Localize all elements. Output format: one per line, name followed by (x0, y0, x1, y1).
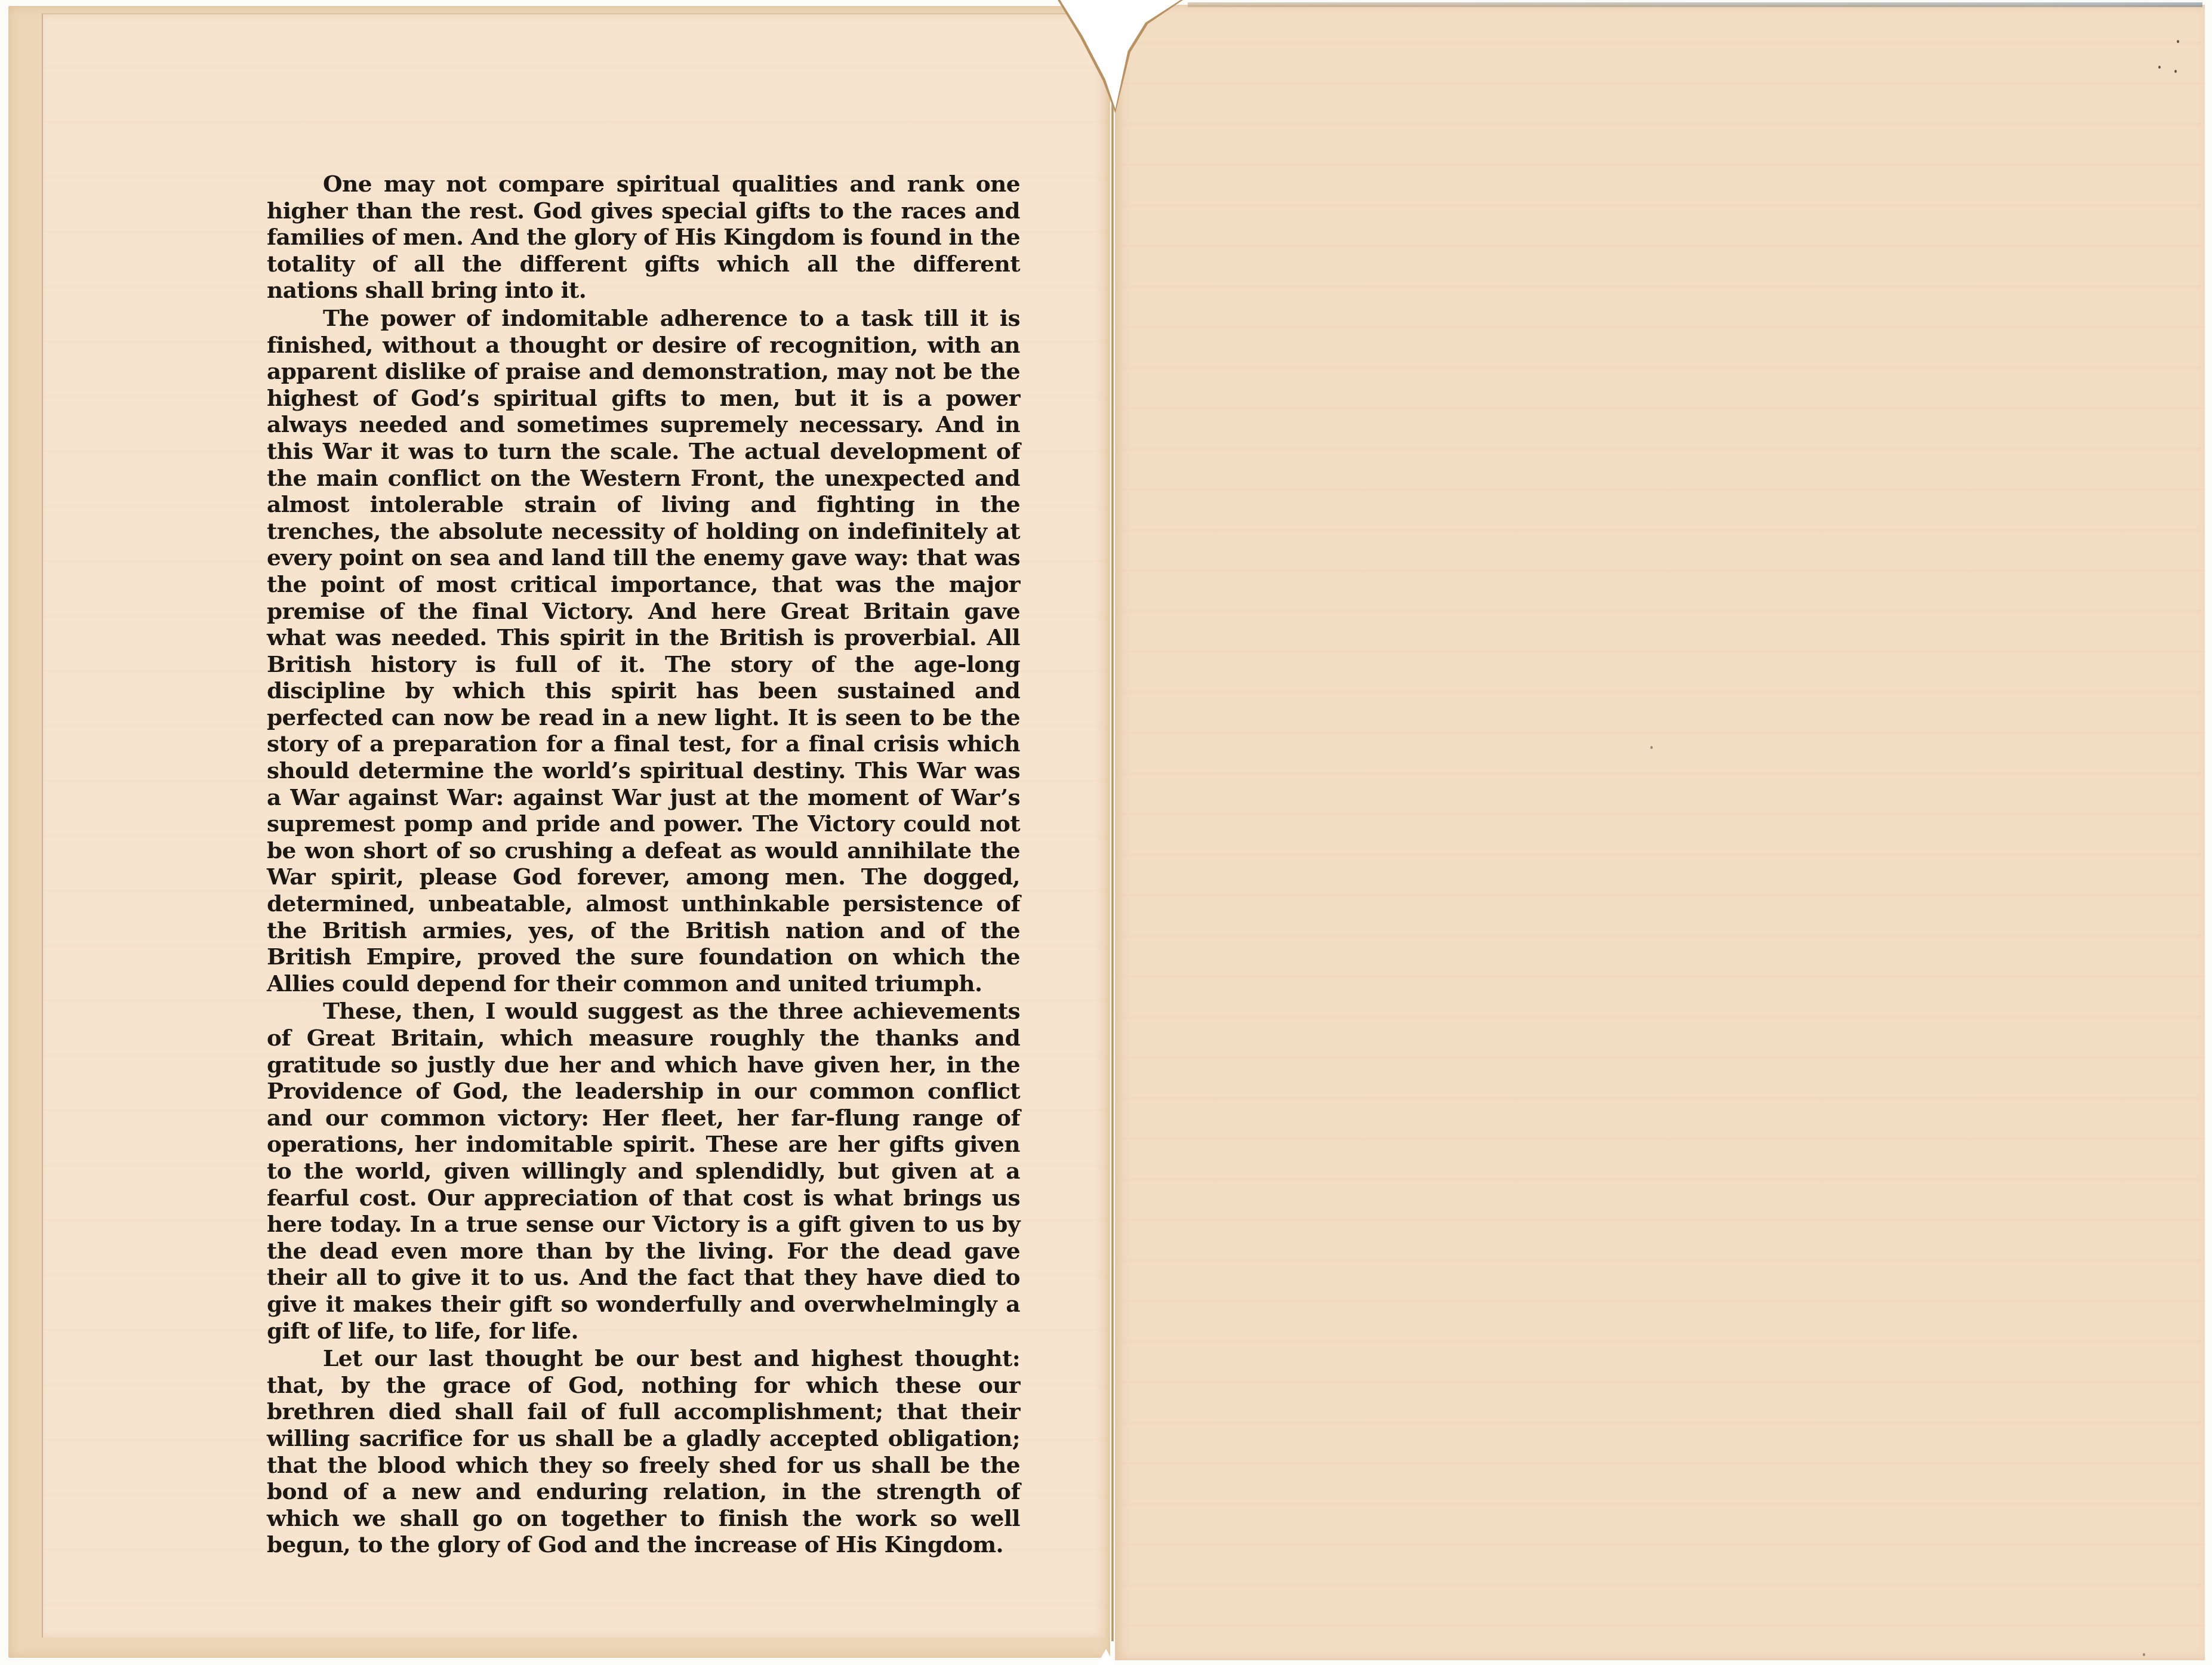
right-page (1115, 5, 2205, 1660)
paper-speck (2143, 1653, 2145, 1656)
right-page-top-edge (1188, 2, 2202, 7)
paper-speck (2174, 70, 2177, 73)
paper-speck (2158, 66, 2161, 69)
paragraph-4: Let our last thought be our best and hig… (267, 1345, 1020, 1558)
book-spine (1111, 101, 1114, 1641)
left-page-text-block: One may not compare spiritual qualities … (267, 171, 1020, 1559)
paper-speck (2177, 40, 2179, 43)
paragraph-1: One may not compare spiritual qualities … (267, 171, 1020, 304)
paper-speck (1650, 746, 1653, 749)
paragraph-2: The power of indomitable adherence to a … (267, 305, 1020, 997)
paragraph-3: These, then, I would suggest as the thre… (267, 998, 1020, 1344)
